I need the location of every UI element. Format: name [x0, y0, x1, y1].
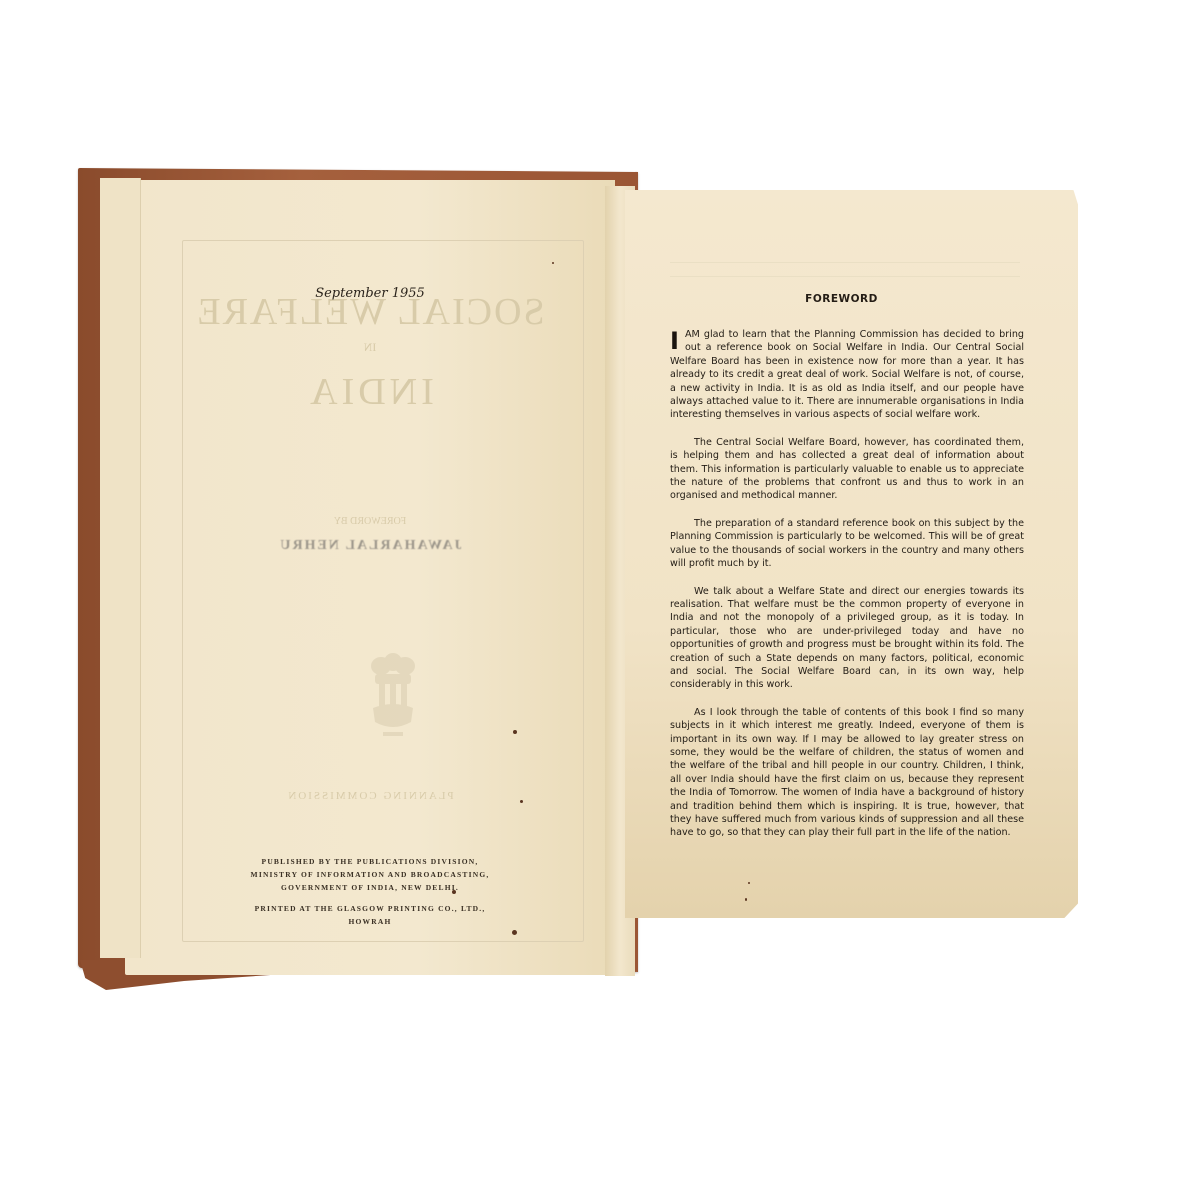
- publisher-line: PUBLISHED BY THE PUBLICATIONS DIVISION,: [125, 855, 615, 868]
- foxing-spot: [552, 262, 554, 264]
- drop-cap: I: [670, 330, 679, 352]
- foreword-paragraph: As I look through the table of contents …: [670, 706, 1024, 840]
- national-emblem-icon: [365, 652, 421, 742]
- bleed-through-title-india: INDIA: [125, 370, 615, 414]
- endpaper-strip: [100, 178, 141, 958]
- foreword-body: IAM glad to learn that the Planning Comm…: [670, 328, 1024, 854]
- foxing-spot: [513, 730, 517, 734]
- right-page: FOREWORD IAM glad to learn that the Plan…: [625, 190, 1078, 918]
- bleed-through-text: [670, 262, 1020, 263]
- foxing-spot: [520, 800, 523, 803]
- publisher-line: GOVERNMENT OF INDIA, NEW DELHI.: [125, 881, 615, 894]
- foreword-heading-text: FOREWORD: [805, 293, 878, 305]
- foreword-paragraph: IAM glad to learn that the Planning Comm…: [670, 328, 1024, 422]
- bleed-through-bottomline: PLANNING COMMISSION: [125, 790, 615, 802]
- publisher-imprint: PUBLISHED BY THE PUBLICATIONS DIVISION, …: [125, 855, 615, 894]
- bleed-through-byline: FOREWORD BY: [125, 516, 615, 527]
- left-page: SOCIAL WELFARE IN INDIA September 1955 F…: [125, 180, 615, 975]
- bleed-through-title-in: IN: [125, 340, 615, 355]
- foreword-heading: FOREWORD: [625, 293, 1078, 305]
- printer-line: HOWRAH: [125, 915, 615, 928]
- date-line: September 1955: [125, 286, 615, 301]
- printer-imprint: PRINTED AT THE GLASGOW PRINTING CO., LTD…: [125, 902, 615, 928]
- foxing-spot: [745, 898, 747, 901]
- foreword-paragraph: We talk about a Welfare State and direct…: [670, 585, 1024, 692]
- bleed-through-author: JAWAHARLAL NEHRU: [125, 538, 615, 554]
- paragraph-text: AM glad to learn that the Planning Commi…: [670, 329, 1024, 420]
- foreword-paragraph: The preparation of a standard reference …: [670, 517, 1024, 571]
- bleed-through-text: [670, 276, 1020, 277]
- publisher-line: MINISTRY OF INFORMATION AND BROADCASTING…: [125, 868, 615, 881]
- foxing-spot: [512, 930, 517, 935]
- foreword-paragraph: The Central Social Welfare Board, howeve…: [670, 436, 1024, 503]
- printer-line: PRINTED AT THE GLASGOW PRINTING CO., LTD…: [125, 902, 615, 915]
- foxing-spot: [452, 890, 456, 894]
- foxing-spot: [748, 882, 750, 884]
